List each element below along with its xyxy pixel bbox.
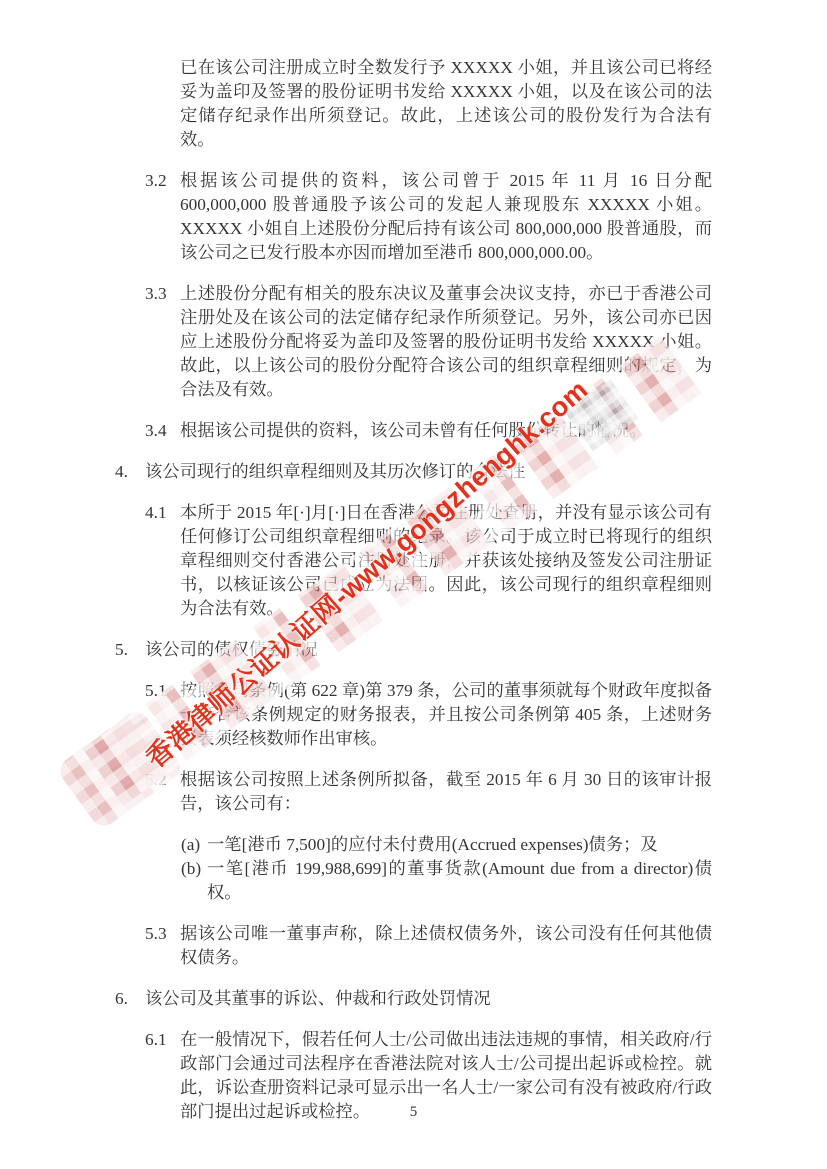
clause-6: 6.该公司及其董事的诉讼、仲裁和行政处罚情况 <box>115 987 712 1011</box>
clause-3-3: 3.3上述股份分配有相关的股东决议及董事会决议支持，亦已于香港公司注册处及在该公… <box>115 282 712 402</box>
list-item-text: 一笔[港币 7,500]的应付未付费用(Accrued expenses)债务；… <box>207 833 712 857</box>
clause-number: 6. <box>115 987 145 1011</box>
clause-5: 5.该公司的债权债务情况 <box>115 638 712 662</box>
list-item: (a)一笔[港币 7,500]的应付未付费用(Accrued expenses)… <box>181 833 712 857</box>
clause-number: 5.3 <box>145 922 180 970</box>
clause-text: 据该公司唯一董事声称，除上述债权债务外，该公司没有任何其他债权债务。 <box>180 922 712 970</box>
clause-number: 3.4 <box>145 419 180 443</box>
clause-text: 按照公司条例(第 622 章)第 379 条，公司的董事须就每个财政年度拟备一符… <box>180 679 712 751</box>
document-content: 已在该公司注册成立时全数发行予 XXXXX 小姐，并且该公司已将经妥为盖印及签署… <box>115 56 712 1141</box>
document-page: 已在该公司注册成立时全数发行予 XXXXX 小姐，并且该公司已将经妥为盖印及签署… <box>0 0 827 1169</box>
clause-number: 4.1 <box>145 501 180 621</box>
clause-number: 3.3 <box>145 282 180 402</box>
clause-5-3: 5.3据该公司唯一董事声称，除上述债权债务外，该公司没有任何其他债权债务。 <box>115 922 712 970</box>
clause-text: 根据该公司按照上述条例所拟备，截至 2015 年 6 月 30 日的该审计报告，… <box>180 768 712 816</box>
paragraph: 已在该公司注册成立时全数发行予 XXXXX 小姐，并且该公司已将经妥为盖印及签署… <box>180 56 712 152</box>
clause-text: 该公司及其董事的诉讼、仲裁和行政处罚情况 <box>145 987 712 1011</box>
clause-4: 4.该公司现行的组织章程细则及其历次修订的合法性 <box>115 460 712 484</box>
clause-text: 根据该公司提供的资料，该公司曾于 2015 年 11 月 16 日分配 600,… <box>180 169 712 265</box>
clause-3-4: 3.4根据该公司提供的资料，该公司未曾有任何股份转让的情况。 <box>115 419 712 443</box>
clause-3-2: 3.2根据该公司提供的资料，该公司曾于 2015 年 11 月 16 日分配 6… <box>115 169 712 265</box>
clause-5-1: 5.1按照公司条例(第 622 章)第 379 条，公司的董事须就每个财政年度拟… <box>115 679 712 751</box>
clause-number: 5.1 <box>145 679 180 751</box>
clause-number: 5. <box>115 638 145 662</box>
list-item-text: 一笔[港币 199,988,699]的董事货款(Amount due from … <box>207 857 712 905</box>
page-number: 5 <box>0 1104 827 1121</box>
clause-text: 该公司的债权债务情况 <box>145 638 712 662</box>
clause-number: 3.2 <box>145 169 180 265</box>
clause-4-1: 4.1本所于 2015 年[·]月[·]日在香港公司注册处查册，并没有显示该公司… <box>115 501 712 621</box>
list-item-marker: (b) <box>181 857 207 905</box>
clause-text: 本所于 2015 年[·]月[·]日在香港公司注册处查册，并没有显示该公司有任何… <box>180 501 712 621</box>
list-item: (b)一笔[港币 199,988,699]的董事货款(Amount due fr… <box>181 857 712 905</box>
clause-text: 根据该公司提供的资料，该公司未曾有任何股份转让的情况。 <box>180 419 712 443</box>
clause-text: 上述股份分配有相关的股东决议及董事会决议支持，亦已于香港公司注册处及在该公司的法… <box>180 282 712 402</box>
clause-5-2: 5.2根据该公司按照上述条例所拟备，截至 2015 年 6 月 30 日的该审计… <box>115 768 712 816</box>
sub-list: (a)一笔[港币 7,500]的应付未付费用(Accrued expenses)… <box>115 833 712 905</box>
list-item-marker: (a) <box>181 833 207 857</box>
clause-number: 5.2 <box>145 768 180 816</box>
clause-number: 4. <box>115 460 145 484</box>
clause-text: 该公司现行的组织章程细则及其历次修订的合法性 <box>145 460 712 484</box>
